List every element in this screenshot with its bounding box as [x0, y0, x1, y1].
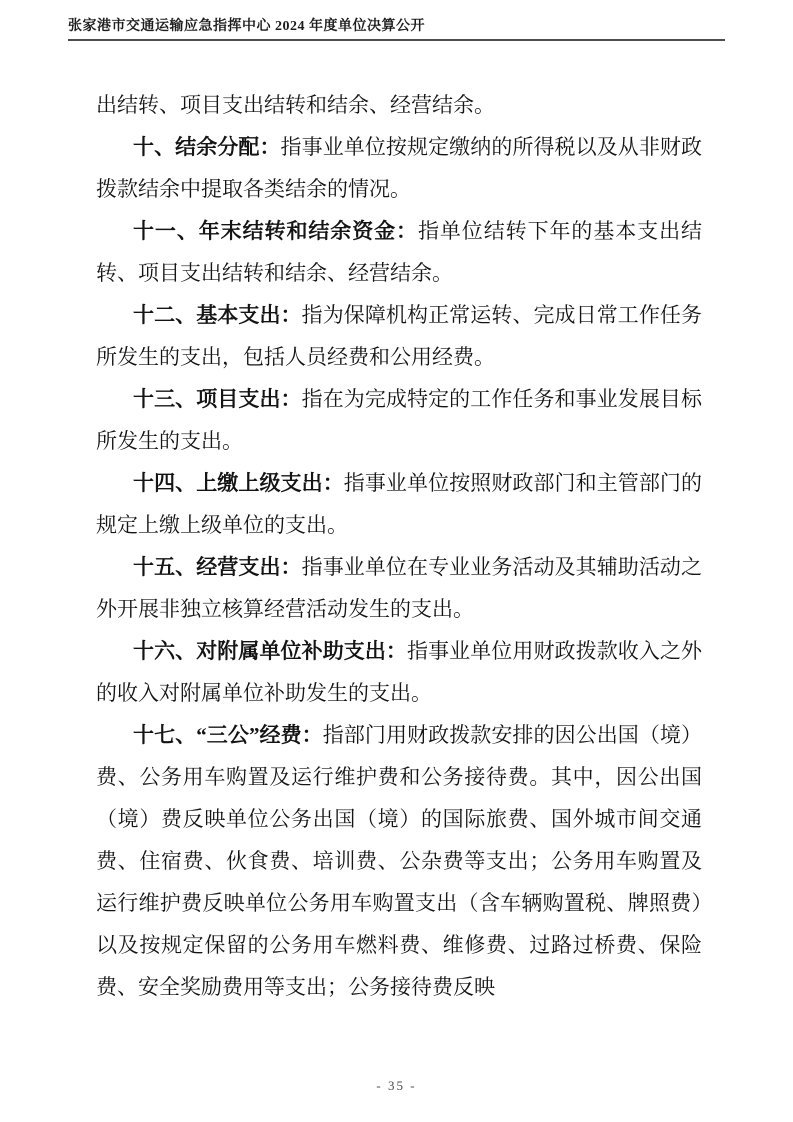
paragraph: 十五、经营支出：指事业单位在专业业务活动及其辅助活动之外开展非独立核算经营活动发… [96, 546, 702, 630]
paragraph-lead: 十三、项目支出： [133, 387, 302, 411]
paragraph: 出结转、项目支出结转和结余、经营结余。 [96, 84, 702, 126]
paragraph: 十一、年末结转和结余资金：指单位结转下年的基本支出结转、项目支出结转和结余、经营… [96, 210, 702, 294]
paragraph-lead: 十六、对附属单位补助支出： [133, 639, 407, 663]
paragraph-lead: 十一、年末结转和结余资金： [133, 219, 418, 243]
paragraph-text: 指部门用财政拨款安排的因公出国（境）费、公务用车购置及运行维护费和公务接待费。其… [96, 723, 702, 999]
document-body: 出结转、项目支出结转和结余、经营结余。 十、结余分配：指事业单位按规定缴纳的所得… [96, 84, 702, 1008]
paragraph: 十、结余分配：指事业单位按规定缴纳的所得税以及从非财政拨款结余中提取各类结余的情… [96, 126, 702, 210]
paragraph-lead: 十二、基本支出： [133, 303, 302, 327]
paragraph-lead: 十五、经营支出： [133, 555, 302, 579]
paragraph-lead: 十四、上缴上级支出： [133, 471, 344, 495]
paragraph-lead: 十七、“三公”经费： [133, 723, 323, 747]
page-header: 张家港市交通运输应急指挥中心 2024 年度单位决算公开 [68, 15, 725, 35]
page-number: - 35 - [376, 1078, 416, 1093]
header-rule [68, 39, 725, 41]
paragraph-text: 出结转、项目支出结转和结余、经营结余。 [96, 93, 495, 117]
paragraph: 十七、“三公”经费：指部门用财政拨款安排的因公出国（境）费、公务用车购置及运行维… [96, 714, 702, 1008]
paragraph: 十三、项目支出：指在为完成特定的工作任务和事业发展目标所发生的支出。 [96, 378, 702, 462]
page-footer: - 35 - [0, 1078, 793, 1094]
document-page: 张家港市交通运输应急指挥中心 2024 年度单位决算公开 出结转、项目支出结转和… [0, 0, 793, 1122]
paragraph: 十四、上缴上级支出：指事业单位按照财政部门和主管部门的规定上缴上级单位的支出。 [96, 462, 702, 546]
paragraph: 十二、基本支出：指为保障机构正常运转、完成日常工作任务所发生的支出，包括人员经费… [96, 294, 702, 378]
paragraph: 十六、对附属单位补助支出：指事业单位用财政拨款收入之外的收入对附属单位补助发生的… [96, 630, 702, 714]
paragraph-lead: 十、结余分配： [133, 135, 281, 159]
page-header-title: 张家港市交通运输应急指挥中心 2024 年度单位决算公开 [68, 19, 425, 34]
